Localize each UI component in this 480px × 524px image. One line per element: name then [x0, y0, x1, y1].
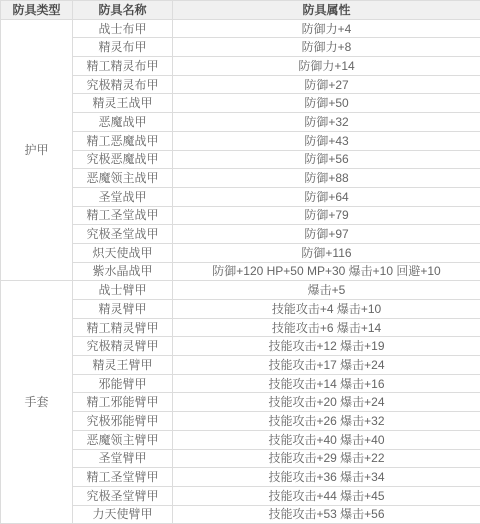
table-row: 究极邪能臂甲技能攻击+26 爆击+32 — [1, 412, 480, 431]
table-row: 紫水晶战甲防御+120 HP+50 MP+30 爆击+10 回避+10 — [1, 262, 480, 281]
armor-name-cell: 炽天使战甲 — [73, 243, 173, 262]
table-row: 精工邪能臂甲技能攻击+20 爆击+24 — [1, 393, 480, 412]
table-row: 炽天使战甲防御+116 — [1, 243, 480, 262]
armor-attr-cell: 防御+97 — [173, 225, 480, 244]
armor-name-cell: 精工恶魔战甲 — [73, 131, 173, 150]
armor-name-cell: 圣堂臂甲 — [73, 449, 173, 468]
armor-attr-cell: 技能攻击+12 爆击+19 — [173, 337, 480, 356]
table-row: 精灵布甲防御力+8 — [1, 38, 480, 57]
armor-attr-cell: 防御+88 — [173, 169, 480, 188]
armor-name-cell: 恶魔领主臂甲 — [73, 430, 173, 449]
armor-name-cell: 战士臂甲 — [73, 281, 173, 300]
armor-attr-cell: 防御+79 — [173, 206, 480, 225]
table-row: 精工精灵布甲防御力+14 — [1, 57, 480, 76]
armor-attr-cell: 技能攻击+20 爆击+24 — [173, 393, 480, 412]
armor-name-cell: 究极圣堂臂甲 — [73, 486, 173, 505]
armor-type-cell: 手套 — [1, 281, 73, 524]
armor-attr-cell: 防御+27 — [173, 75, 480, 94]
table-row: 精工圣堂战甲防御+79 — [1, 206, 480, 225]
table-row: 精灵王战甲防御+50 — [1, 94, 480, 113]
header-armor-name: 防具名称 — [73, 1, 173, 20]
armor-attr-cell: 防御力+4 — [173, 19, 480, 38]
armor-name-cell: 究极恶魔战甲 — [73, 150, 173, 169]
armor-name-cell: 精工圣堂战甲 — [73, 206, 173, 225]
armor-name-cell: 究极圣堂战甲 — [73, 225, 173, 244]
armor-name-cell: 精工精灵布甲 — [73, 57, 173, 76]
table-row: 精工精灵臂甲技能攻击+6 爆击+14 — [1, 318, 480, 337]
armor-attr-cell: 技能攻击+4 爆击+10 — [173, 300, 480, 319]
table-row: 圣堂臂甲技能攻击+29 爆击+22 — [1, 449, 480, 468]
armor-name-cell: 精灵臂甲 — [73, 300, 173, 319]
armor-name-cell: 究极精灵臂甲 — [73, 337, 173, 356]
armor-attr-cell: 技能攻击+6 爆击+14 — [173, 318, 480, 337]
table-row: 邪能臂甲技能攻击+14 爆击+16 — [1, 374, 480, 393]
armor-attr-cell: 技能攻击+26 爆击+32 — [173, 412, 480, 431]
header-armor-type: 防具类型 — [1, 1, 73, 20]
armor-attr-cell: 防御力+8 — [173, 38, 480, 57]
armor-attr-cell: 技能攻击+36 爆击+34 — [173, 468, 480, 487]
armor-attr-cell: 技能攻击+53 爆击+56 — [173, 505, 480, 524]
armor-attr-cell: 防御+56 — [173, 150, 480, 169]
armor-table-body: 护甲战士布甲防御力+4精灵布甲防御力+8精工精灵布甲防御力+14究极精灵布甲防御… — [1, 19, 480, 524]
table-row: 恶魔领主战甲防御+88 — [1, 169, 480, 188]
table-row: 究极恶魔战甲防御+56 — [1, 150, 480, 169]
armor-attr-cell: 爆击+5 — [173, 281, 480, 300]
armor-attr-cell: 技能攻击+14 爆击+16 — [173, 374, 480, 393]
armor-table-header: 防具类型 防具名称 防具属性 — [1, 1, 480, 20]
armor-name-cell: 精工精灵臂甲 — [73, 318, 173, 337]
armor-attr-cell: 防御+120 HP+50 MP+30 爆击+10 回避+10 — [173, 262, 480, 281]
header-row: 防具类型 防具名称 防具属性 — [1, 1, 480, 20]
armor-attr-cell: 技能攻击+29 爆击+22 — [173, 449, 480, 468]
table-row: 手套战士臂甲爆击+5 — [1, 281, 480, 300]
armor-name-cell: 邪能臂甲 — [73, 374, 173, 393]
table-row: 精灵臂甲技能攻击+4 爆击+10 — [1, 300, 480, 319]
armor-name-cell: 圣堂战甲 — [73, 187, 173, 206]
armor-name-cell: 精工邪能臂甲 — [73, 393, 173, 412]
armor-name-cell: 究极精灵布甲 — [73, 75, 173, 94]
armor-name-cell: 恶魔领主战甲 — [73, 169, 173, 188]
armor-name-cell: 紫水晶战甲 — [73, 262, 173, 281]
table-row: 究极圣堂战甲防御+97 — [1, 225, 480, 244]
armor-name-cell: 精工圣堂臂甲 — [73, 468, 173, 487]
table-row: 恶魔领主臂甲技能攻击+40 爆击+40 — [1, 430, 480, 449]
header-armor-attr: 防具属性 — [173, 1, 480, 20]
table-row: 究极精灵臂甲技能攻击+12 爆击+19 — [1, 337, 480, 356]
armor-name-cell: 战士布甲 — [73, 19, 173, 38]
table-row: 精工圣堂臂甲技能攻击+36 爆击+34 — [1, 468, 480, 487]
table-row: 护甲战士布甲防御力+4 — [1, 19, 480, 38]
armor-name-cell: 恶魔战甲 — [73, 113, 173, 132]
table-row: 精工恶魔战甲防御+43 — [1, 131, 480, 150]
armor-attr-cell: 防御+43 — [173, 131, 480, 150]
armor-name-cell: 究极邪能臂甲 — [73, 412, 173, 431]
armor-attr-cell: 技能攻击+17 爆击+24 — [173, 356, 480, 375]
table-row: 力天使臂甲技能攻击+53 爆击+56 — [1, 505, 480, 524]
armor-type-cell: 护甲 — [1, 19, 73, 281]
armor-attr-cell: 技能攻击+44 爆击+45 — [173, 486, 480, 505]
armor-stats-table: 防具类型 防具名称 防具属性 护甲战士布甲防御力+4精灵布甲防御力+8精工精灵布… — [0, 0, 480, 524]
armor-attr-cell: 防御力+14 — [173, 57, 480, 76]
armor-name-cell: 精灵布甲 — [73, 38, 173, 57]
armor-name-cell: 精灵王臂甲 — [73, 356, 173, 375]
armor-attr-cell: 防御+50 — [173, 94, 480, 113]
table-row: 究极精灵布甲防御+27 — [1, 75, 480, 94]
armor-attr-cell: 防御+32 — [173, 113, 480, 132]
armor-attr-cell: 技能攻击+40 爆击+40 — [173, 430, 480, 449]
armor-name-cell: 精灵王战甲 — [73, 94, 173, 113]
table-row: 究极圣堂臂甲技能攻击+44 爆击+45 — [1, 486, 480, 505]
armor-attr-cell: 防御+116 — [173, 243, 480, 262]
armor-name-cell: 力天使臂甲 — [73, 505, 173, 524]
table-row: 恶魔战甲防御+32 — [1, 113, 480, 132]
table-row: 圣堂战甲防御+64 — [1, 187, 480, 206]
armor-attr-cell: 防御+64 — [173, 187, 480, 206]
table-row: 精灵王臂甲技能攻击+17 爆击+24 — [1, 356, 480, 375]
